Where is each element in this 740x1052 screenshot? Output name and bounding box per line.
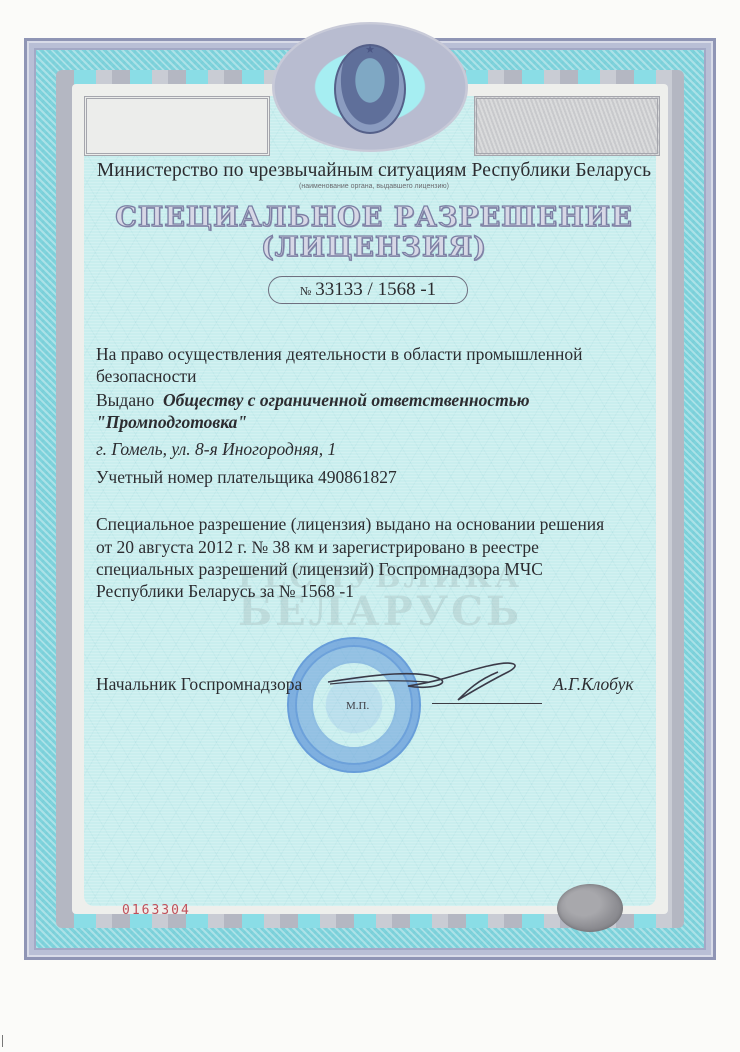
serial-number: 0163304	[122, 903, 191, 918]
taxpayer-number: Учетный номер плательщика 490861827	[96, 466, 397, 488]
issued-to-company: Обществу с ограниченной ответственностью	[163, 390, 530, 410]
document-subtitle: (ЛИЦЕНЗИЯ)	[94, 232, 654, 263]
license-number-value: 33133 / 1568 -1	[315, 279, 436, 300]
company-address: г. Гомель, ул. 8-я Иногородняя, 1	[96, 438, 336, 460]
license-number: №33133 / 1568 -1	[268, 276, 468, 304]
signatory-name: А.Г.Клобук	[553, 673, 634, 695]
taxpayer-number-value: 490861827	[318, 467, 397, 487]
issued-to: Выдано Обществу с ограниченной ответстве…	[96, 389, 530, 411]
blank-field-right	[474, 96, 660, 156]
basis-line-4: Республики Беларусь за № 1568 -1	[96, 580, 354, 602]
scan-mark	[2, 1035, 3, 1047]
signatory-title: Начальник Госпромнадзора	[96, 673, 302, 695]
issuing-authority: Министерство по чрезвычайным ситуациям Р…	[94, 160, 654, 182]
coat-of-arms-icon	[334, 44, 406, 134]
stamp-place-label: М.П.	[346, 700, 369, 712]
activity-line-2: безопасности	[96, 365, 196, 387]
company-name: "Промподготовка"	[96, 411, 247, 433]
hologram-icon	[557, 884, 623, 932]
document-title: СПЕЦИАЛЬНОЕ РАЗРЕШЕНИЕ	[94, 202, 654, 233]
basis-line-2: от 20 августа 2012 г. № 38 км и зарегист…	[96, 536, 539, 558]
taxpayer-number-label: Учетный номер плательщика	[96, 467, 314, 487]
issued-to-label: Выдано	[96, 390, 154, 410]
signature-line	[432, 703, 542, 704]
basis-line-1: Специальное разрешение (лицензия) выдано…	[96, 513, 604, 535]
basis-line-3: специальных разрешений (лицензий) Госпро…	[96, 558, 543, 580]
star-icon: ★	[364, 44, 376, 56]
issuing-authority-caption: (наименование органа, выдавшего лицензию…	[94, 183, 654, 190]
blank-field-left	[84, 96, 270, 156]
number-sign: №	[300, 284, 311, 298]
activity-line-1: На право осуществления деятельности в об…	[96, 343, 582, 365]
